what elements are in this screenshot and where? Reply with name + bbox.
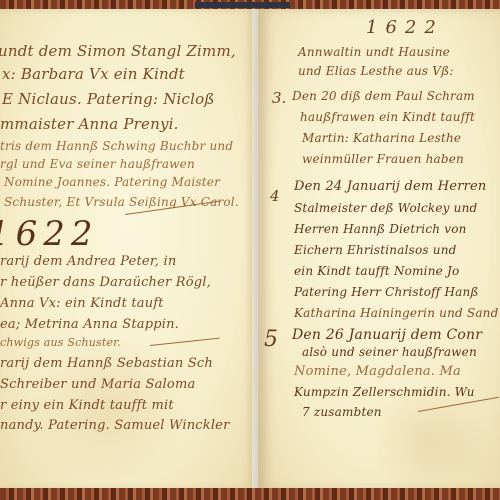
left-line-5: tris dem Hannß Schwing Buchbr und — [0, 139, 233, 153]
left-line-13: chwigs aus Schuster. — [0, 336, 121, 349]
left-line-1: undt dem Simon Stangl Zimm, — [0, 42, 236, 60]
right-line-5: Martin: Katharina Lesthe — [302, 131, 461, 145]
right-line-8: Stalmeister deß Wolckey und — [294, 201, 477, 215]
right-page: 1622 Annwaltin undt Hausine und Elias Le… — [258, 9, 500, 490]
right-line-9: Herren Hannß Dietrich von — [294, 222, 467, 236]
year-heading: 1622 — [0, 214, 99, 254]
left-line-7: Nomine Joannes. Patering Maister — [4, 175, 220, 189]
right-line-14: Den 26 Januarij dem Conr — [292, 327, 482, 343]
right-line-18: 7 zusambten — [302, 405, 382, 419]
right-line-6: weinmüller Frauen haben — [302, 152, 464, 166]
right-line-3: Den 20 diß dem Paul Schram — [292, 89, 475, 103]
left-line-16: r einy ein Kindt taufft mit — [0, 398, 174, 413]
paper-stain — [358, 389, 498, 489]
separator-flourish — [150, 338, 220, 346]
left-line-14: rarij dem Hannß Sebastian Sch — [0, 356, 213, 371]
left-line-2: x: Barbara Vx ein Kindt — [2, 65, 185, 83]
left-line-9: rarij dem Andrea Peter, in — [0, 254, 176, 269]
entry-number-3: 3. — [272, 89, 286, 107]
left-line-17: nandy. Patering. Samuel Winckler — [0, 418, 230, 433]
left-line-10: r heüßer dans Daraücher Rögl, — [0, 275, 211, 290]
right-line-7: Den 24 Januarij dem Herren — [294, 179, 487, 194]
left-line-3: E Niclaus. Patering: Nicloß — [2, 90, 215, 108]
right-line-4: haußfrawen ein Kindt taufft — [300, 110, 475, 124]
right-line-15: alsò und seiner haußfrawen — [302, 345, 477, 359]
right-line-11: ein Kindt taufft Nomine Jo — [294, 264, 459, 278]
right-line-17: Kumpzin Zellerschmidin. Wu — [294, 385, 475, 399]
spine-band-top — [195, 2, 290, 8]
right-line-1: Annwaltin undt Hausine — [298, 45, 450, 59]
right-line-12: Patering Herr Christoff Hanß — [294, 285, 479, 299]
page-year-heading: 1622 — [366, 17, 444, 38]
entry-number-4: 4 — [270, 187, 280, 205]
right-line-10: Eichern Ehristinalsos und — [294, 243, 457, 257]
right-line-16: Nomine, Magdalena. Ma — [294, 364, 461, 379]
left-line-4: mmaister Anna Prenyi. — [0, 115, 179, 133]
book-cover-bottom-edge — [0, 488, 500, 500]
left-line-6: rgl und Eva seiner haußfrawen — [0, 157, 195, 171]
right-line-2: und Elias Lesthe aus Vß: — [298, 64, 454, 78]
entry-number-5: 5 — [264, 327, 278, 352]
left-page: undt dem Simon Stangl Zimm, x: Barbara V… — [0, 9, 256, 490]
left-line-15: Schreiber und Maria Saloma — [0, 377, 195, 392]
left-line-12: ea; Metrina Anna Stappin. — [0, 317, 179, 332]
right-line-13: Katharina Hainingerin und Sand — [294, 306, 499, 320]
left-line-11: Anna Vx: ein Kindt tauft — [0, 296, 164, 311]
